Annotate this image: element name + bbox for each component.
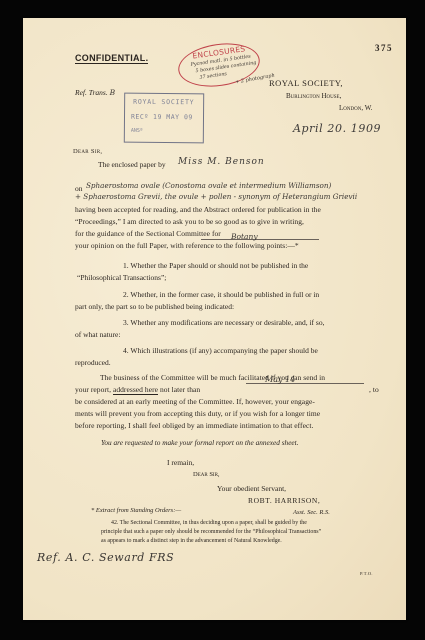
business-line-3: be considered at an early meeting of the…	[75, 397, 315, 406]
point-2-line-2: part only, the part so to be published b…	[75, 302, 234, 311]
extract-heading: * Extract from Standing Orders:—	[91, 507, 181, 514]
extract-line-2: principle that such a paper only should …	[101, 529, 321, 535]
referee-handwritten: Ref. A. C. Seward FRS	[37, 551, 174, 564]
point-1-line-2: “Philosophical Transactions”;	[77, 273, 166, 282]
signatory-title: Asst. Sec. R.S.	[293, 509, 330, 516]
extract-line-3: as appears to mark a distinct step in th…	[101, 538, 282, 544]
business-line-2-mid: not later than	[160, 385, 200, 394]
closing-line-2: Dear Sir,	[193, 471, 220, 478]
business-line-2: your report, addressed here not later th…	[75, 385, 200, 394]
salutation: Dear Sir,	[73, 148, 102, 155]
letterhead-address-1: Burlington House,	[286, 92, 341, 100]
paper-title-line-2: + Sphaerostoma Grevii, the ovule + polle…	[75, 192, 357, 201]
body-line: for the guidance of the Sectional Commit…	[75, 229, 221, 238]
committee-blank-line	[201, 239, 319, 240]
author-handwritten: Miss M. Benson	[178, 157, 265, 167]
signatory-name: ROBT. HARRISON,	[248, 496, 320, 505]
enclosures-stamp: ENCLOSURES Pycnod matl. in 5 bottles 5 b…	[175, 38, 262, 91]
pto-mark: P.T.O.	[360, 571, 373, 576]
deadline-handwritten: May 14	[265, 375, 295, 384]
business-line-2-suffix: , to	[369, 385, 379, 394]
body-line: “Proceedings,” I am directed to ask you …	[75, 217, 304, 226]
letterhead-address-2: London, W.	[339, 104, 372, 112]
received-stamp-date: RECº 19 MAY 09	[131, 113, 193, 122]
confidential-heading: CONFIDENTIAL.	[75, 53, 148, 64]
addressed-here-underlined: addressed here	[113, 385, 158, 395]
received-stamp: ROYAL SOCIETY RECº 19 MAY 09 ANSº	[124, 93, 204, 144]
point-4-line-1: 4. Which illustrations (if any) accompan…	[123, 346, 318, 355]
reference-handwritten: B	[110, 88, 116, 97]
point-4-line-2: reproduced.	[75, 358, 111, 367]
formal-report-request: You are requested to make your formal re…	[101, 438, 299, 447]
closing-line-3: Your obedient Servant,	[217, 484, 286, 493]
letter-date: April 20. 1909	[293, 122, 381, 135]
point-1-line-1: 1. Whether the Paper should or should no…	[123, 261, 308, 270]
paper-title-line-1: Sphaerostoma ovale (Conostoma ovale et i…	[86, 181, 331, 190]
business-line-5: before reporting, I shall feel obliged b…	[75, 421, 313, 430]
point-3-line-1: 3. Whether any modifications are necessa…	[123, 318, 324, 327]
committee-handwritten: Botany	[231, 232, 258, 241]
extract-line-1: 42. The Sectional Committee, in thus dec…	[111, 520, 307, 526]
business-line-4: ments will prevent you from accepting th…	[75, 409, 320, 418]
letterhead-organization: ROYAL SOCIETY,	[269, 78, 343, 88]
body-line: having been accepted for reading, and th…	[75, 205, 321, 214]
business-line-2-prefix: your report,	[75, 385, 111, 394]
point-3-line-2: of what nature:	[75, 330, 120, 339]
body-line: your opinion on the full Paper, with ref…	[75, 241, 299, 250]
intro-text: The enclosed paper by	[98, 160, 166, 169]
letter-page: 375 CONFIDENTIAL. Ref. Trans. B ENCLOSUR…	[23, 18, 406, 620]
closing-line-1: I remain,	[167, 458, 194, 467]
reference-line: Ref. Trans. B	[75, 88, 115, 97]
received-stamp-org: ROYAL SOCIETY	[133, 98, 194, 107]
reference-label: Ref. Trans.	[75, 88, 108, 97]
point-2-line-1: 2. Whether, in the former case, it shoul…	[123, 290, 319, 299]
deadline-blank-line	[246, 383, 364, 384]
folio-number: 375	[375, 43, 393, 53]
received-stamp-ans: ANSº	[131, 128, 143, 134]
enclosures-note-line: 37 sections	[199, 72, 227, 81]
